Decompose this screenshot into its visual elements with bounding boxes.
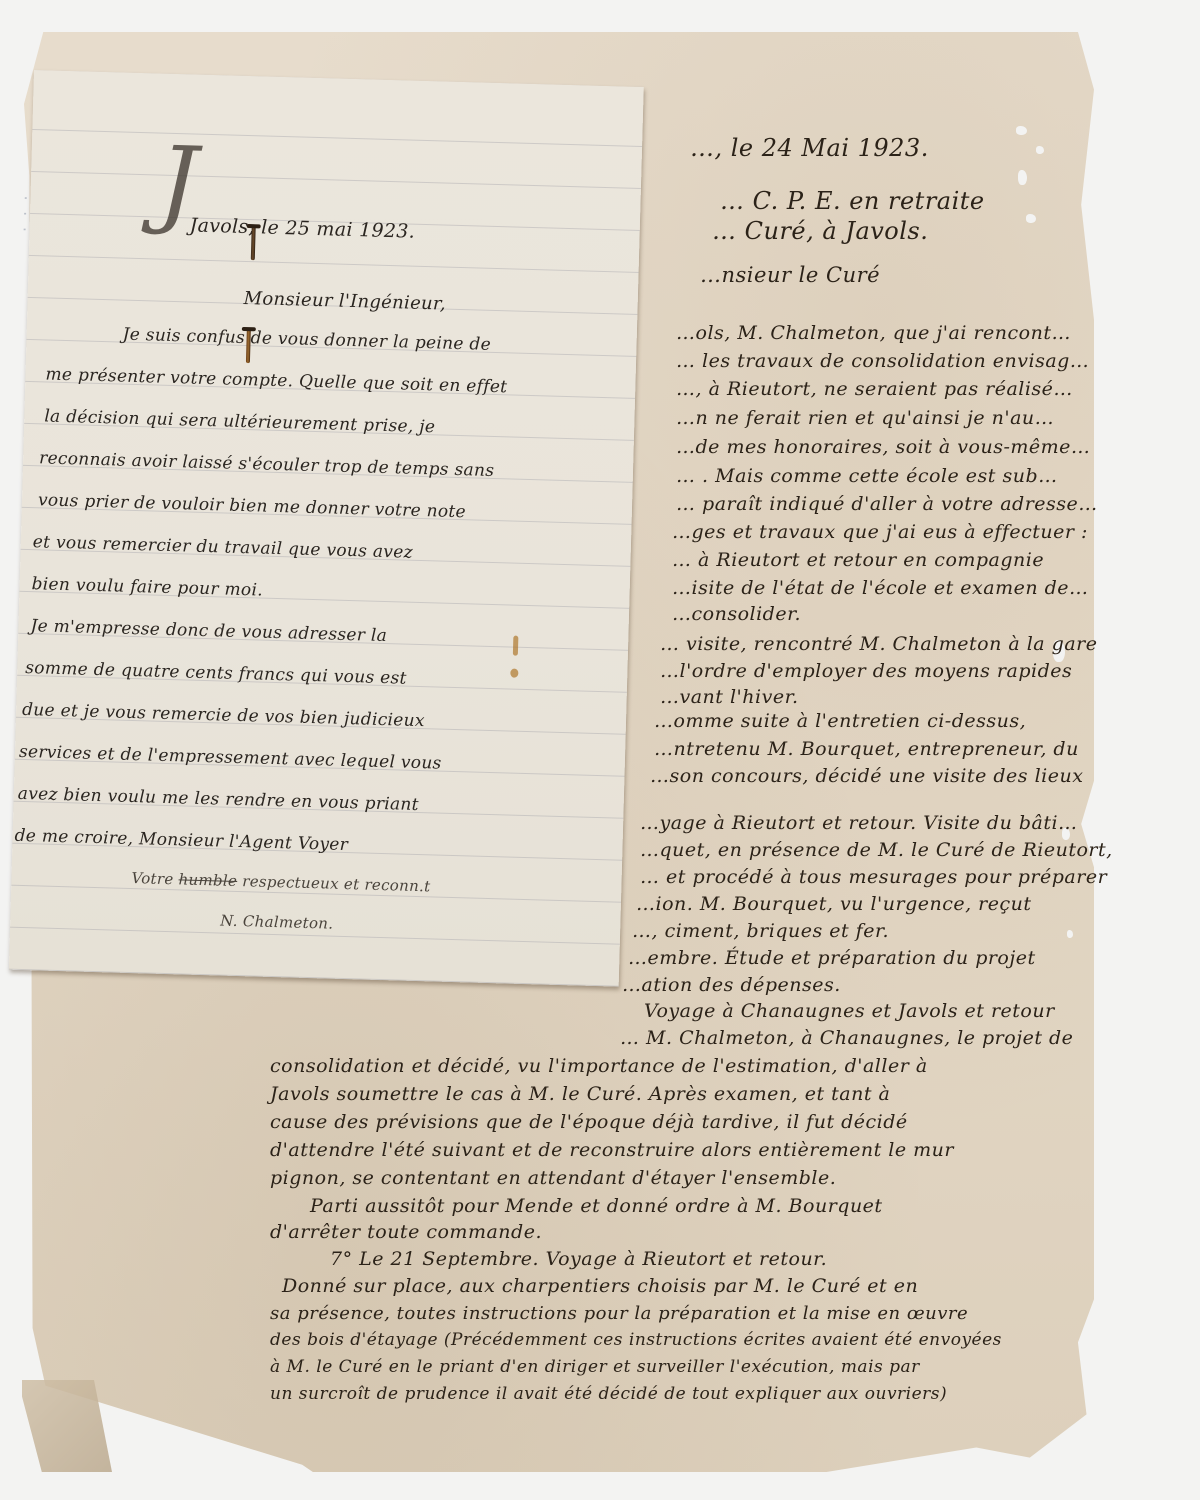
rust-stain xyxy=(513,636,519,656)
foreground-note: J Javols, le 25 mai 1923. Monsieur l'Ing… xyxy=(9,70,644,987)
letter-body-line: … M. Chalmeton, à Chanaugnes, le projet … xyxy=(620,1027,1073,1049)
letter-body-line: …ion. M. Bourquet, vu l'urgence, reçut xyxy=(636,893,1032,915)
letter-body-line: Voyage à Chanaugnes et Javols et retour xyxy=(644,1000,1055,1022)
letter-body-line: …ation des dépenses. xyxy=(622,974,841,996)
letter-body-line: cause des prévisions que de l'époque déj… xyxy=(270,1111,908,1133)
note-body-line: Je suis confus de vous donner la peine d… xyxy=(122,325,491,355)
letter-body-line: d'arrêter toute commande. xyxy=(270,1221,542,1243)
note-body-line: me présenter votre compte. Quelle que so… xyxy=(45,364,507,397)
note-place-date: Javols, le 25 mai 1923. xyxy=(189,214,415,242)
letter-body-line: d'attendre l'été suivant et de reconstru… xyxy=(270,1139,954,1161)
note-body-line: reconnais avoir laissé s'écouler trop de… xyxy=(39,448,495,481)
letter-body-line: …, ciment, briques et fer. xyxy=(632,920,889,942)
letter-header-line: … Curé, à Javols. xyxy=(712,217,928,245)
paper-hole xyxy=(1067,930,1073,938)
letter-body-line: …n ne ferait rien et qu'ainsi je n'au… xyxy=(676,407,1054,429)
letter-body-line: …vant l'hiver. xyxy=(660,686,799,708)
note-body-line: vous prier de vouloir bien me donner vot… xyxy=(38,490,466,522)
letter-body-line: Parti aussitôt pour Mende et donné ordre… xyxy=(310,1195,883,1217)
letter-body-line: …ges et travaux que j'ai eus à effectuer… xyxy=(672,521,1088,543)
letter-body-line: un surcroît de prudence il avait été déc… xyxy=(270,1384,947,1404)
letter-body-line: … paraît indiqué d'aller à votre adresse… xyxy=(676,493,1098,515)
letter-body-line: à M. le Curé en le priant d'en diriger e… xyxy=(270,1357,920,1377)
letter-body-line: 7° Le 21 Septembre. Voyage à Rieutort et… xyxy=(330,1248,827,1270)
letter-body-line: … et procédé à tous mesurages pour prépa… xyxy=(640,866,1107,888)
rusty-pin xyxy=(251,226,256,260)
paper-hole xyxy=(1026,214,1036,223)
letter-date: …, le 24 Mai 1923. xyxy=(690,134,929,162)
letter-body-line: …de mes honoraires, soit à vous-même… xyxy=(676,436,1090,458)
closing-prefix: Votre xyxy=(131,869,174,888)
letter-body-line: Donné sur place, aux charpentiers choisi… xyxy=(282,1275,918,1297)
letter-salutation: …nsieur le Curé xyxy=(700,263,880,287)
letter-body-line: … . Mais comme cette école est sub… xyxy=(676,465,1058,487)
note-closing: Votre humble respectueux et reconn.t xyxy=(131,869,430,895)
note-body-line: due et je vous remercie de vos bien judi… xyxy=(22,700,425,731)
letter-header-line: … C. P. E. en retraite xyxy=(720,187,985,215)
paper-hole xyxy=(1016,126,1027,135)
letter-body-line: …consolider. xyxy=(672,603,801,625)
note-body-line: somme de quatre cents francs qui vous es… xyxy=(25,658,407,689)
letter-body-line: … visite, rencontré M. Chalmeton à la ga… xyxy=(660,633,1097,655)
note-signature: N. Chalmeton. xyxy=(220,912,334,933)
letter-body-line: pignon, se contentant en attendant d'éta… xyxy=(270,1167,836,1189)
letter-body-line: sa présence, toutes instructions pour la… xyxy=(270,1303,968,1324)
note-body-line: et vous remercier du travail que vous av… xyxy=(33,532,414,563)
note-salutation: Monsieur l'Ingénieur, xyxy=(243,288,446,315)
note-body-line: avez bien voulu me les rendre en vous pr… xyxy=(18,784,420,815)
letter-body-line: des bois d'étayage (Précédemment ces ins… xyxy=(270,1330,1002,1350)
letter-body-line: …omme suite à l'entretien ci-dessus, xyxy=(654,710,1026,732)
letter-body-line: …yage à Rieutort et retour. Visite du bâ… xyxy=(640,812,1078,834)
letter-body-line: consolidation et décidé, vu l'importance… xyxy=(270,1055,928,1077)
letter-body-line: Javols soumettre le cas à M. le Curé. Ap… xyxy=(270,1083,890,1105)
note-body-line: de me croire, Monsieur l'Agent Voyer xyxy=(14,826,348,855)
letter-body-line: … les travaux de consolidation envisag… xyxy=(676,350,1089,372)
paper-hole xyxy=(1036,146,1044,154)
letter-body-line: …quet, en présence de M. le Curé de Rieu… xyxy=(640,839,1113,861)
note-body-line: Je m'empresse donc de vous adresser la xyxy=(30,616,387,646)
closing-rest: respectueux et reconn.t xyxy=(242,872,431,895)
closing-struck-word: humble xyxy=(178,870,237,890)
letter-body-line: …embre. Étude et préparation du projet xyxy=(628,947,1036,969)
paper-hole xyxy=(1018,170,1027,185)
letter-body-line: …isite de l'état de l'école et examen de… xyxy=(672,577,1089,599)
letter-body-line: …ntretenu M. Bourquet, entrepreneur, du xyxy=(654,738,1079,760)
letter-body-line: …son concours, décidé une visite des lie… xyxy=(650,765,1083,787)
rust-stain xyxy=(510,669,518,678)
note-body-line: bien voulu faire pour moi. xyxy=(31,574,263,600)
letter-body-line: …l'ordre d'employer des moyens rapides xyxy=(660,660,1072,682)
note-body-line: la décision qui sera ultérieurement pris… xyxy=(44,406,435,437)
letter-body-line: …, à Rieutort, ne seraient pas réalisé… xyxy=(676,378,1073,400)
letter-body-line: … à Rieutort et retour en compagnie xyxy=(672,549,1044,571)
note-body-line: services et de l'empressement avec leque… xyxy=(19,742,442,774)
letter-body-line: …ols, M. Chalmeton, que j'ai rencont… xyxy=(676,322,1071,344)
